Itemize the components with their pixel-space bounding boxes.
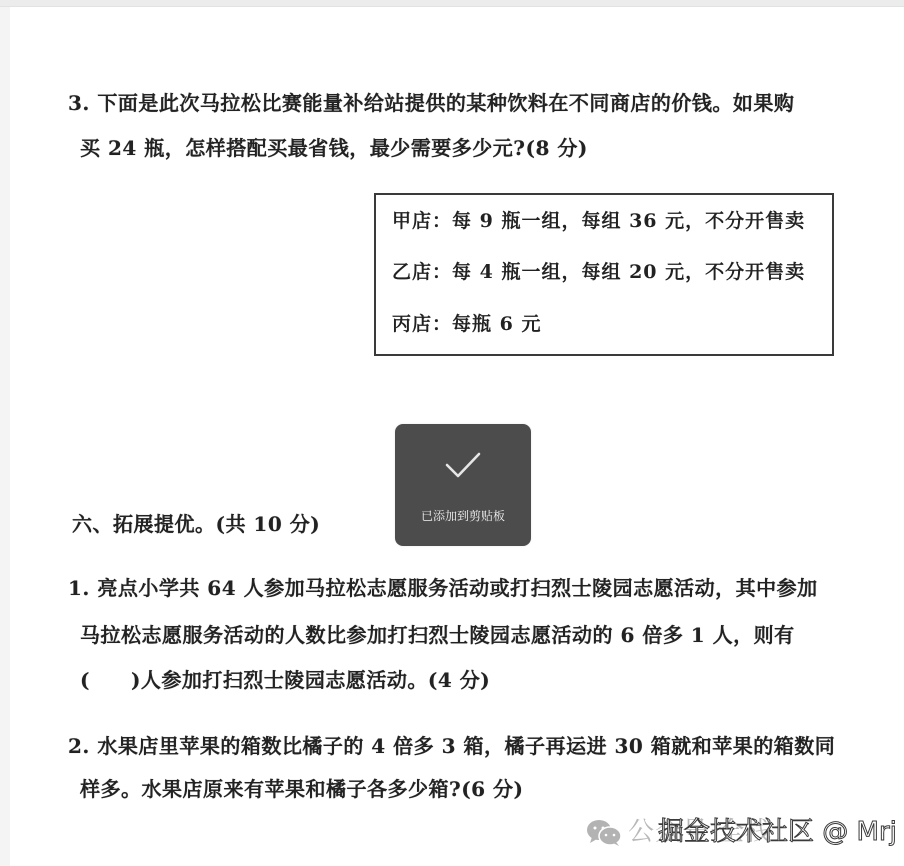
price-row-shop-yi: 乙店：每 4 瓶一组，每组 20 元，不分开售卖: [392, 260, 805, 284]
toast-message: 已添加到剪贴板: [395, 508, 531, 524]
question-6-2-line-1: 2. 水果店里苹果的箱数比橘子的 4 倍多 3 箱，橘子再运进 30 箱就和苹果…: [68, 734, 835, 758]
question-6-2-line-2: 样多。水果店原来有苹果和橘子各多少箱?(6 分): [80, 777, 524, 801]
question-3-line-1: 3. 下面是此次马拉松比赛能量补给站提供的某种饮料在不同商店的价钱。如果购: [68, 91, 794, 115]
price-table-box: 甲店：每 9 瓶一组，每组 36 元，不分开售卖 乙店：每 4 瓶一组，每组 2…: [374, 193, 834, 356]
check-icon: [445, 452, 481, 478]
left-gutter: [0, 7, 10, 866]
watermark-front-text: 掘金技术社区 @ Mrj: [658, 816, 897, 848]
question-6-1-line-2: 马拉松志愿服务活动的人数比参加打扫烈士陵园志愿活动的 6 倍多 1 人，则有: [80, 623, 795, 647]
price-row-shop-bing: 丙店：每瓶 6 元: [392, 312, 541, 336]
price-row-shop-jia: 甲店：每 9 瓶一组，每组 36 元，不分开售卖: [392, 209, 805, 233]
question-6-1-line-3: ( )人参加打扫烈士陵园志愿活动。(4 分): [80, 668, 490, 692]
wechat-icon: [586, 819, 622, 847]
question-6-1-line-1: 1. 亮点小学共 64 人参加马拉松志愿服务活动或打扫烈士陵园志愿活动，其中参加: [68, 576, 818, 600]
question-3-line-2: 买 24 瓶，怎样搭配买最省钱，最少需要多少元?(8 分): [80, 136, 588, 160]
clipboard-toast: 已添加到剪贴板: [395, 424, 531, 546]
top-bar: [0, 0, 904, 7]
section-6-title: 六、拓展提优。(共 10 分): [72, 512, 320, 536]
